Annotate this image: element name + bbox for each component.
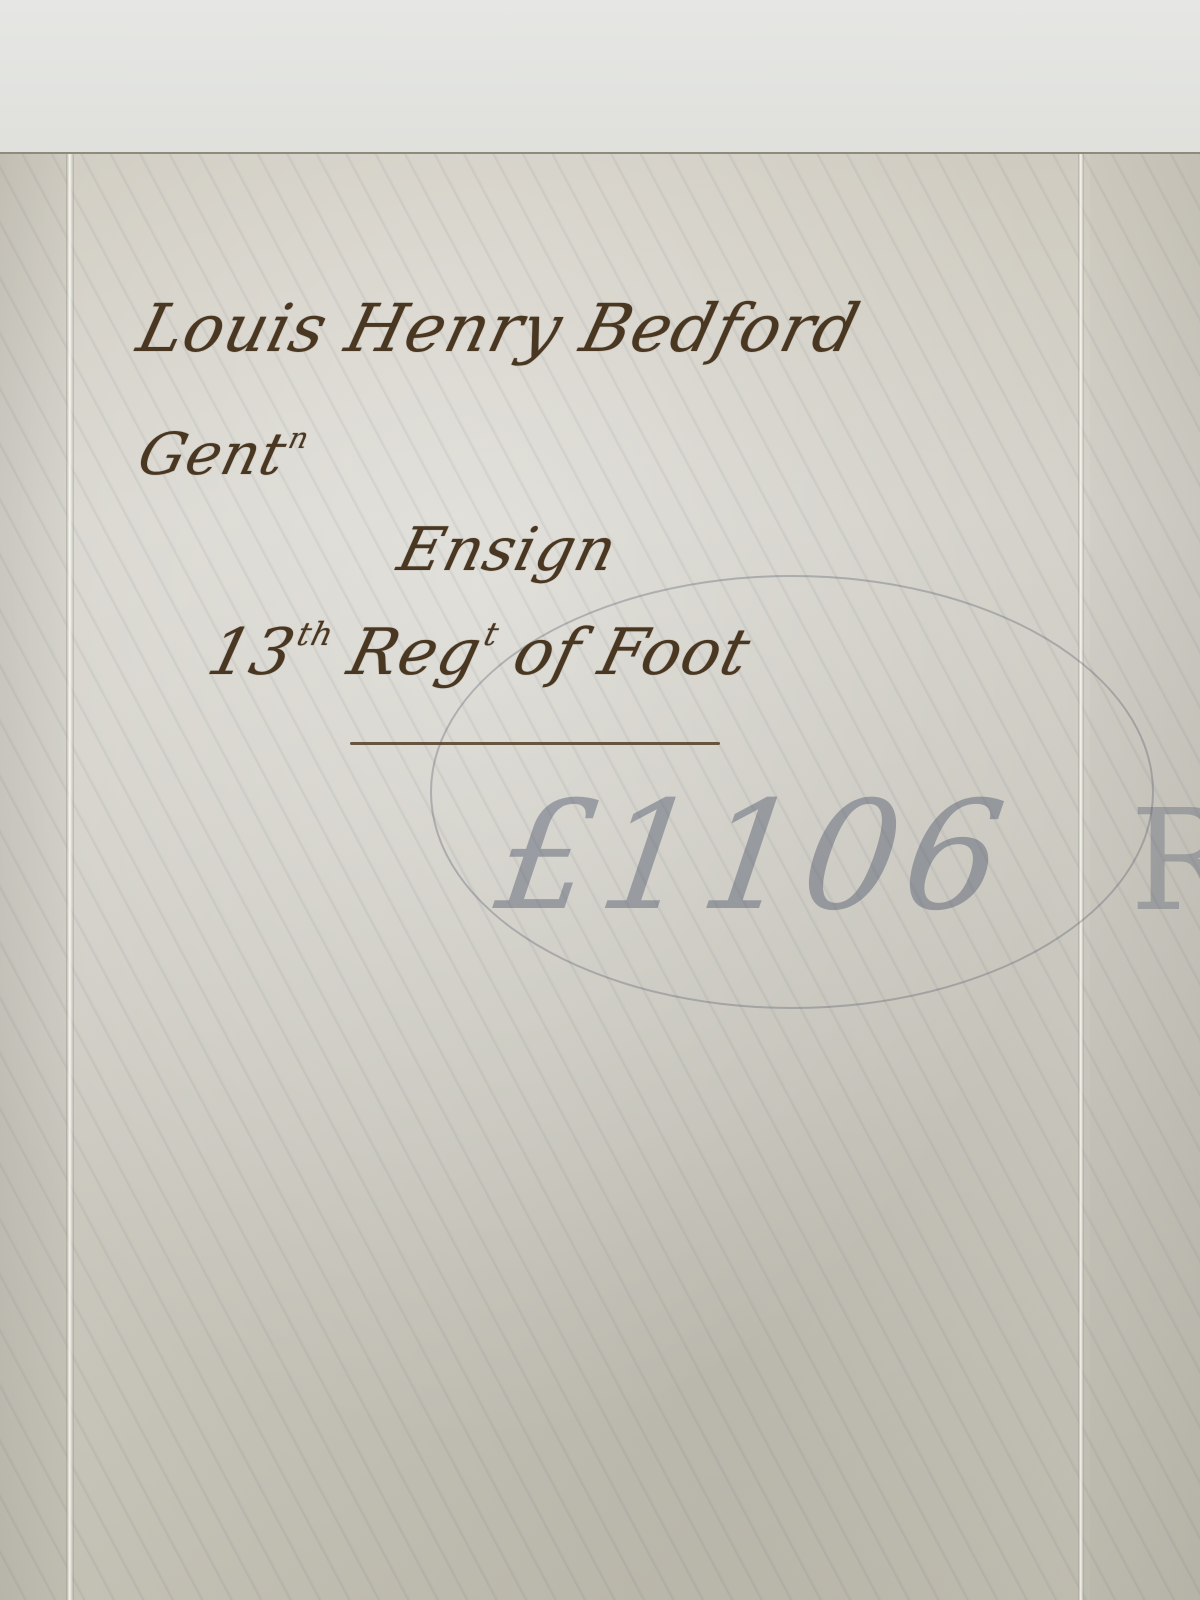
regiment-line: 13th Regt of Foot bbox=[201, 615, 758, 690]
title-text: Gent bbox=[132, 420, 294, 488]
regiment-number: 13 bbox=[201, 616, 303, 690]
left-fold-panel bbox=[0, 154, 70, 1600]
wall-background bbox=[0, 0, 1200, 160]
title-line: Gentn bbox=[132, 420, 314, 488]
regiment-word: Reg bbox=[320, 616, 490, 690]
pencil-annotation: £1106 bbox=[488, 770, 1020, 944]
left-fold-crease bbox=[66, 154, 74, 1600]
name-line: Louis Henry Bedford bbox=[130, 290, 867, 367]
regiment-rest: of Foot bbox=[485, 616, 758, 690]
pencil-annotation-right: R bbox=[1130, 780, 1200, 943]
rank-line: Ensign bbox=[391, 515, 624, 585]
ink-underline bbox=[350, 742, 720, 745]
